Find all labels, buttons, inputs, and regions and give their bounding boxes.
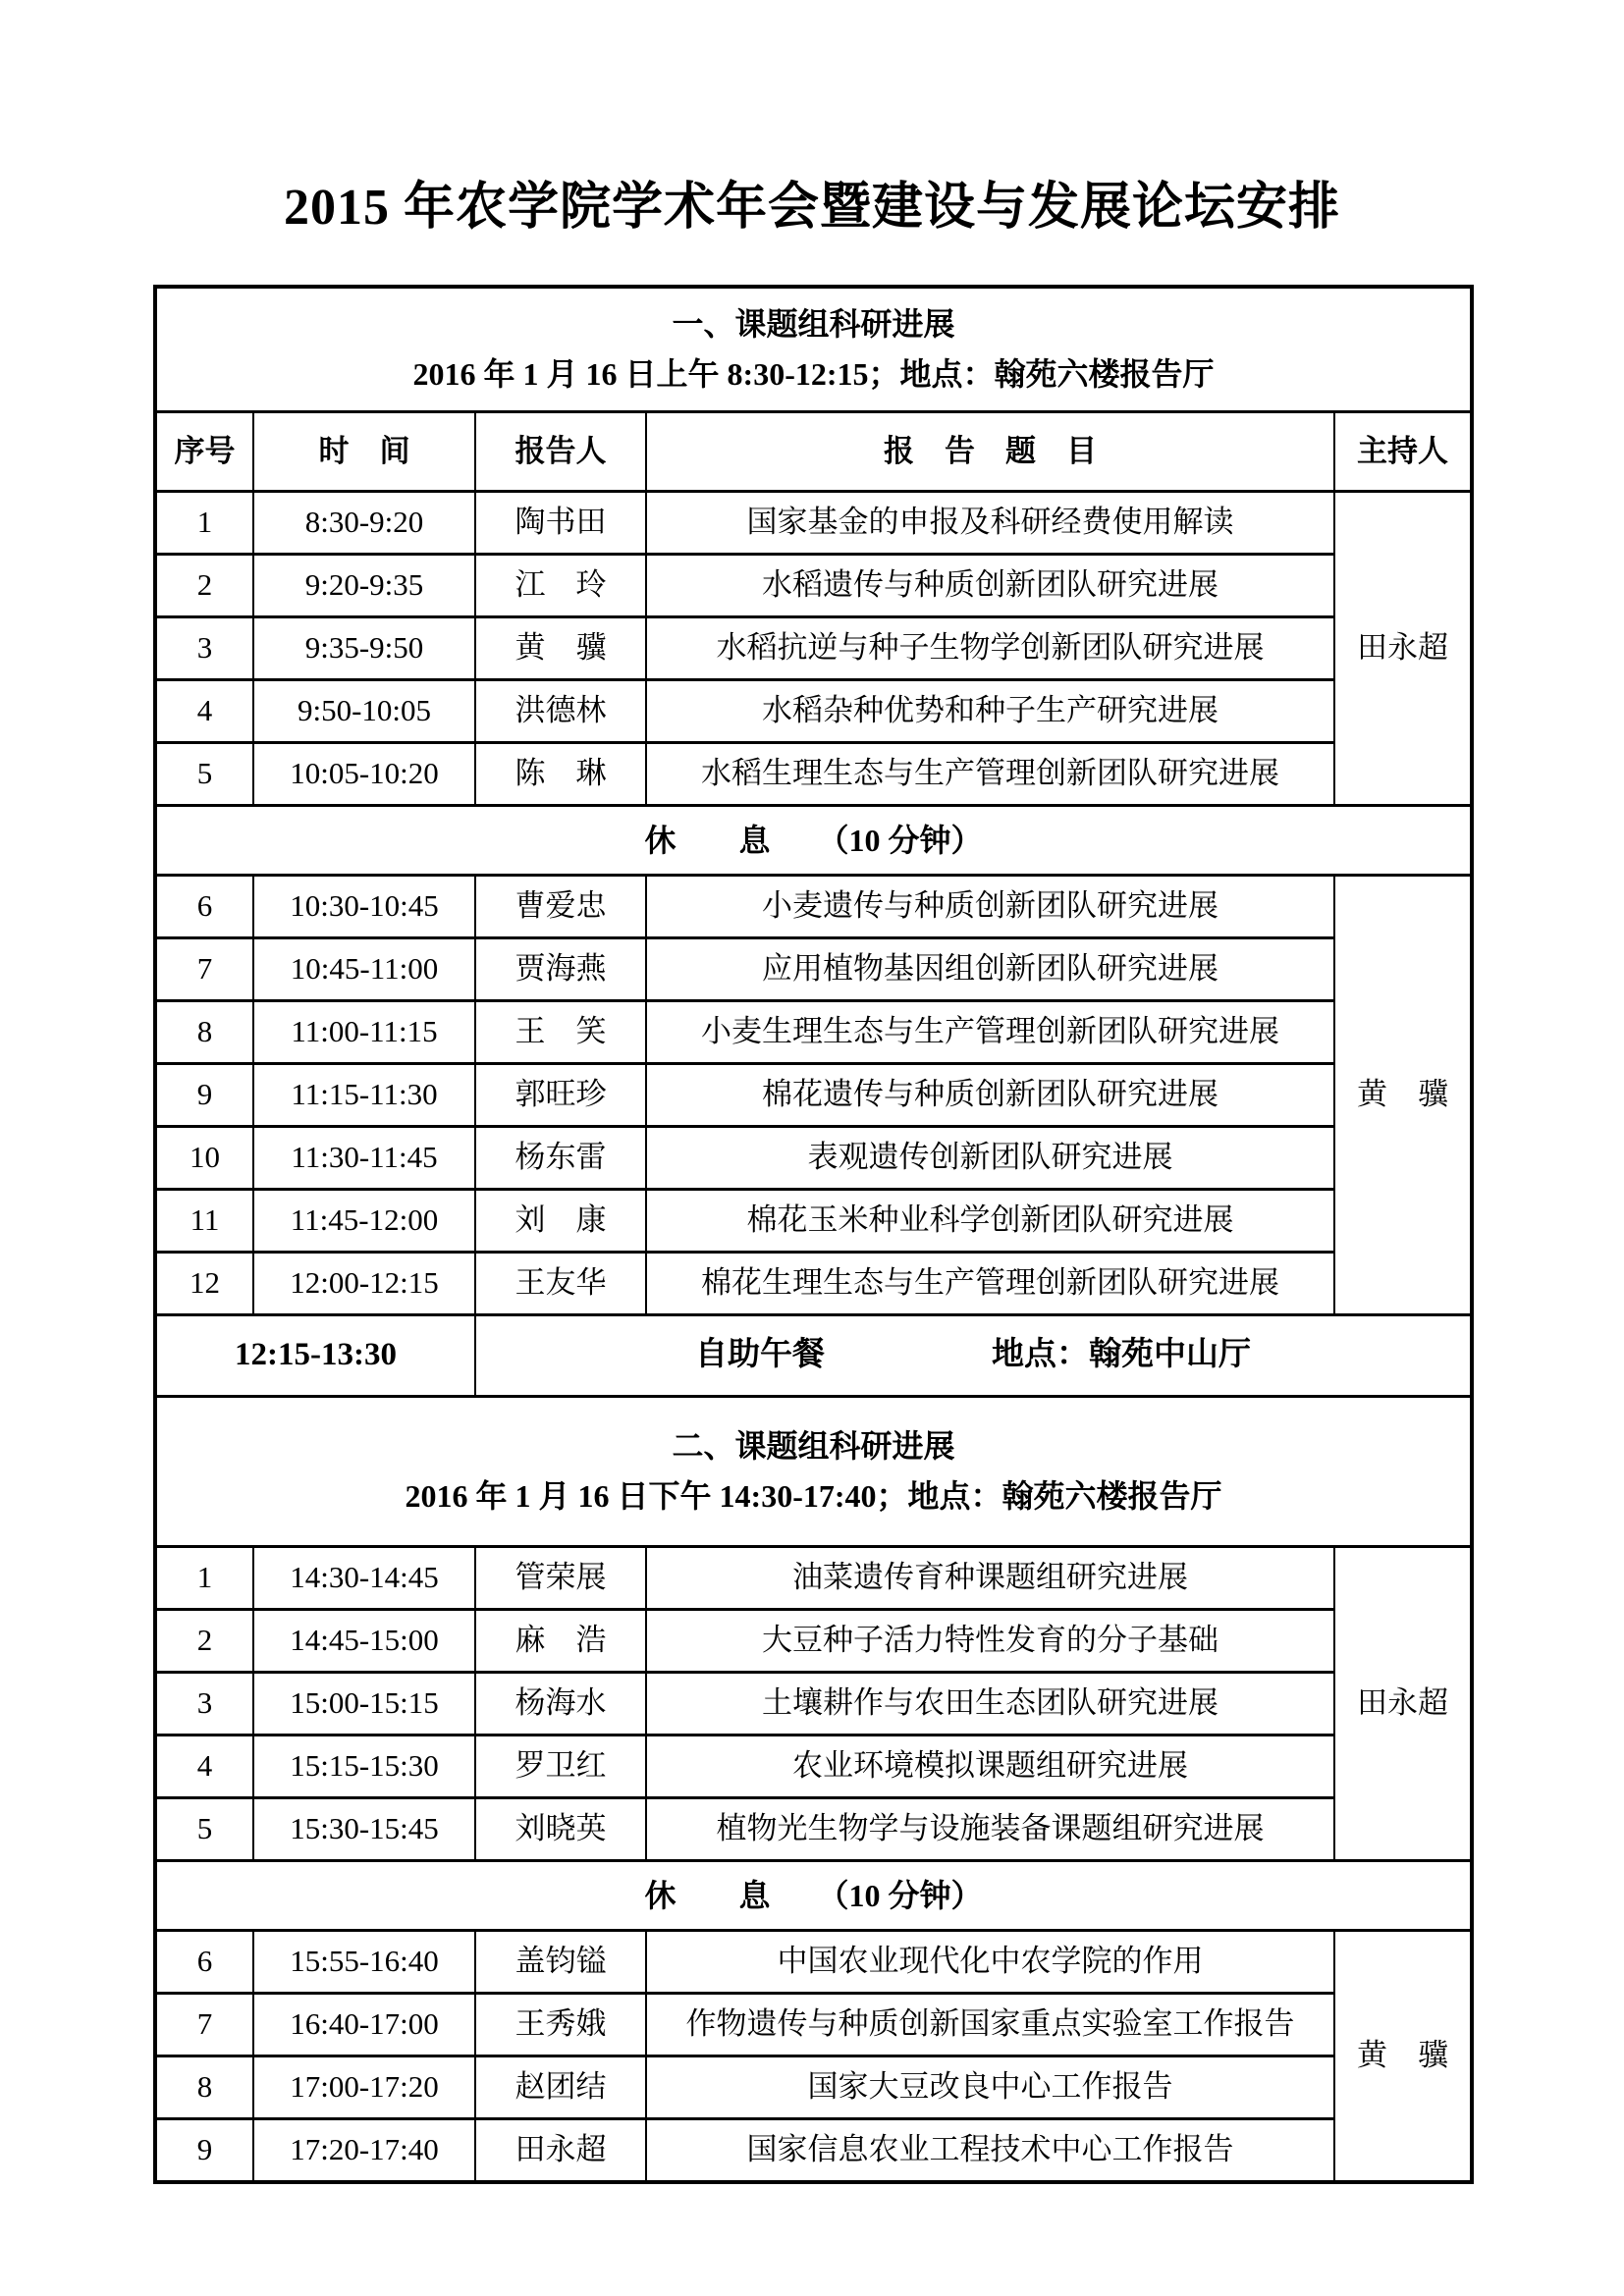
section-2-heading: 二、课题组科研进展 (157, 1421, 1470, 1471)
row-no-cell: 6 (155, 876, 253, 938)
row-speaker-cell: 江 玲 (475, 555, 646, 617)
row-time-cell: 10:30-10:45 (253, 876, 475, 938)
schedule-row: 5 15:30-15:45 刘晓英 植物光生物学与设施装备课题组研究进展 (155, 1798, 1472, 1861)
row-no-cell: 2 (155, 555, 253, 617)
row-time-cell: 15:55-16:40 (253, 1931, 475, 1994)
col-header-moderator: 主持人 (1334, 412, 1472, 492)
schedule-row: 4 15:15-15:30 罗卫红 农业环境模拟课题组研究进展 (155, 1735, 1472, 1798)
lunch-info: 自助午餐 地点：翰苑中山厅 (476, 1335, 1470, 1375)
row-no-cell: 1 (155, 492, 253, 555)
row-time-cell: 9:20-9:35 (253, 555, 475, 617)
col-header-time: 时 间 (253, 412, 475, 492)
row-no-cell: 8 (155, 2056, 253, 2119)
schedule-row: 10 11:30-11:45 杨东雷 表观遗传创新团队研究进展 (155, 1127, 1472, 1190)
row-title-cell: 表观遗传创新团队研究进展 (646, 1127, 1334, 1190)
row-speaker-cell: 刘晓英 (475, 1798, 646, 1861)
schedule-row: 4 9:50-10:05 洪德林 水稻杂种优势和种子生产研究进展 (155, 680, 1472, 743)
row-speaker-cell: 洪德林 (475, 680, 646, 743)
row-title-cell: 水稻遗传与种质创新团队研究进展 (646, 555, 1334, 617)
row-title-cell: 小麦生理生态与生产管理创新团队研究进展 (646, 1001, 1334, 1064)
row-speaker-cell: 陶书田 (475, 492, 646, 555)
section-1-heading: 一、课题组科研进展 (157, 299, 1470, 349)
row-speaker-cell: 杨东雷 (475, 1127, 646, 1190)
row-time-cell: 9:50-10:05 (253, 680, 475, 743)
section-2-header-row: 二、课题组科研进展 2016 年 1 月 16 日下午 14:30-17:40；… (155, 1397, 1472, 1547)
row-time-cell: 11:00-11:15 (253, 1001, 475, 1064)
row-time-cell: 11:45-12:00 (253, 1190, 475, 1253)
row-no-cell: 7 (155, 1994, 253, 2056)
section-1-header-cell: 一、课题组科研进展 2016 年 1 月 16 日上午 8:30-12:15；地… (155, 287, 1472, 412)
row-time-cell: 12:00-12:15 (253, 1253, 475, 1315)
schedule-row: 3 15:00-15:15 杨海水 土壤耕作与农田生态团队研究进展 (155, 1673, 1472, 1735)
schedule-row: 8 11:00-11:15 王 笑 小麦生理生态与生产管理创新团队研究进展 (155, 1001, 1472, 1064)
row-speaker-cell: 刘 康 (475, 1190, 646, 1253)
row-time-cell: 9:35-9:50 (253, 617, 475, 680)
lunch-label: 自助午餐 (695, 1335, 825, 1375)
row-no-cell: 5 (155, 1798, 253, 1861)
row-title-cell: 农业环境模拟课题组研究进展 (646, 1735, 1334, 1798)
row-speaker-cell: 黄 骥 (475, 617, 646, 680)
row-speaker-cell: 管荣展 (475, 1547, 646, 1610)
schedule-row: 2 14:45-15:00 麻 浩 大豆种子活力特性发育的分子基础 (155, 1610, 1472, 1673)
col-header-speaker: 报告人 (475, 412, 646, 492)
row-title-cell: 国家信息农业工程技术中心工作报告 (646, 2119, 1334, 2183)
schedule-row: 1 8:30-9:20 陶书田 国家基金的申报及科研经费使用解读 田永超 (155, 492, 1472, 555)
moderator-cell: 黄 骥 (1334, 876, 1472, 1315)
schedule-table: 一、课题组科研进展 2016 年 1 月 16 日上午 8:30-12:15；地… (153, 285, 1474, 2184)
row-title-cell: 中国农业现代化中农学院的作用 (646, 1931, 1334, 1994)
section-2-subheading: 2016 年 1 月 16 日下午 14:30-17:40；地点：翰苑六楼报告厅 (157, 1471, 1470, 1522)
lunch-time-cell: 12:15-13:30 (155, 1315, 475, 1397)
row-speaker-cell: 王秀娥 (475, 1994, 646, 2056)
row-time-cell: 15:30-15:45 (253, 1798, 475, 1861)
row-no-cell: 5 (155, 743, 253, 806)
page-title: 2015 年农学院学术年会暨建设与发展论坛安排 (0, 165, 1624, 239)
schedule-row: 8 17:00-17:20 赵团结 国家大豆改良中心工作报告 (155, 2056, 1472, 2119)
row-speaker-cell: 贾海燕 (475, 938, 646, 1001)
row-speaker-cell: 曹爱忠 (475, 876, 646, 938)
row-title-cell: 水稻生理生态与生产管理创新团队研究进展 (646, 743, 1334, 806)
row-title-cell: 棉花遗传与种质创新团队研究进展 (646, 1064, 1334, 1127)
col-header-title: 报 告 题 目 (646, 412, 1334, 492)
row-speaker-cell: 田永超 (475, 2119, 646, 2183)
row-time-cell: 15:00-15:15 (253, 1673, 475, 1735)
row-speaker-cell: 麻 浩 (475, 1610, 646, 1673)
schedule-row: 2 9:20-9:35 江 玲 水稻遗传与种质创新团队研究进展 (155, 555, 1472, 617)
row-time-cell: 17:00-17:20 (253, 2056, 475, 2119)
row-no-cell: 4 (155, 1735, 253, 1798)
column-header-row: 序号 时 间 报告人 报 告 题 目 主持人 (155, 412, 1472, 492)
row-speaker-cell: 杨海水 (475, 1673, 646, 1735)
row-time-cell: 8:30-9:20 (253, 492, 475, 555)
row-title-cell: 国家基金的申报及科研经费使用解读 (646, 492, 1334, 555)
schedule-row: 6 15:55-16:40 盖钧镒 中国农业现代化中农学院的作用 黄 骥 (155, 1931, 1472, 1994)
row-no-cell: 3 (155, 617, 253, 680)
moderator-cell: 黄 骥 (1334, 1931, 1472, 2183)
row-no-cell: 10 (155, 1127, 253, 1190)
lunch-location: 地点：翰苑中山厅 (992, 1335, 1251, 1375)
row-speaker-cell: 陈 琳 (475, 743, 646, 806)
row-speaker-cell: 王友华 (475, 1253, 646, 1315)
document-page: 2015 年农学院学术年会暨建设与发展论坛安排 一、课题组科研进展 2016 年… (0, 0, 1624, 2296)
lunch-row: 12:15-13:30 自助午餐 地点：翰苑中山厅 (155, 1315, 1472, 1397)
schedule-row: 12 12:00-12:15 王友华 棉花生理生态与生产管理创新团队研究进展 (155, 1253, 1472, 1315)
row-title-cell: 作物遗传与种质创新国家重点实验室工作报告 (646, 1994, 1334, 2056)
row-title-cell: 国家大豆改良中心工作报告 (646, 2056, 1334, 2119)
row-speaker-cell: 郭旺珍 (475, 1064, 646, 1127)
row-no-cell: 1 (155, 1547, 253, 1610)
schedule-row: 7 16:40-17:00 王秀娥 作物遗传与种质创新国家重点实验室工作报告 (155, 1994, 1472, 2056)
schedule-row: 6 10:30-10:45 曹爱忠 小麦遗传与种质创新团队研究进展 黄 骥 (155, 876, 1472, 938)
schedule-row: 9 17:20-17:40 田永超 国家信息农业工程技术中心工作报告 (155, 2119, 1472, 2183)
section-2-header-cell: 二、课题组科研进展 2016 年 1 月 16 日下午 14:30-17:40；… (155, 1397, 1472, 1547)
row-time-cell: 15:15-15:30 (253, 1735, 475, 1798)
row-time-cell: 17:20-17:40 (253, 2119, 475, 2183)
row-title-cell: 油菜遗传育种课题组研究进展 (646, 1547, 1334, 1610)
row-time-cell: 14:30-14:45 (253, 1547, 475, 1610)
row-time-cell: 16:40-17:00 (253, 1994, 475, 2056)
schedule-row: 5 10:05-10:20 陈 琳 水稻生理生态与生产管理创新团队研究进展 (155, 743, 1472, 806)
row-no-cell: 11 (155, 1190, 253, 1253)
row-time-cell: 11:30-11:45 (253, 1127, 475, 1190)
row-no-cell: 3 (155, 1673, 253, 1735)
schedule-row: 7 10:45-11:00 贾海燕 应用植物基因组创新团队研究进展 (155, 938, 1472, 1001)
row-speaker-cell: 罗卫红 (475, 1735, 646, 1798)
row-no-cell: 4 (155, 680, 253, 743)
break-row: 休 息 （10 分钟） (155, 806, 1472, 876)
row-title-cell: 棉花生理生态与生产管理创新团队研究进展 (646, 1253, 1334, 1315)
row-no-cell: 9 (155, 1064, 253, 1127)
row-title-cell: 土壤耕作与农田生态团队研究进展 (646, 1673, 1334, 1735)
moderator-cell: 田永超 (1334, 492, 1472, 806)
row-title-cell: 小麦遗传与种质创新团队研究进展 (646, 876, 1334, 938)
section-1-subheading: 2016 年 1 月 16 日上午 8:30-12:15；地点：翰苑六楼报告厅 (157, 349, 1470, 400)
row-time-cell: 14:45-15:00 (253, 1610, 475, 1673)
row-time-cell: 10:45-11:00 (253, 938, 475, 1001)
row-no-cell: 7 (155, 938, 253, 1001)
row-speaker-cell: 王 笑 (475, 1001, 646, 1064)
row-title-cell: 应用植物基因组创新团队研究进展 (646, 938, 1334, 1001)
row-no-cell: 8 (155, 1001, 253, 1064)
row-speaker-cell: 赵团结 (475, 2056, 646, 2119)
row-title-cell: 水稻杂种优势和种子生产研究进展 (646, 680, 1334, 743)
row-no-cell: 12 (155, 1253, 253, 1315)
schedule-row: 1 14:30-14:45 管荣展 油菜遗传育种课题组研究进展 田永超 (155, 1547, 1472, 1610)
schedule-row: 3 9:35-9:50 黄 骥 水稻抗逆与种子生物学创新团队研究进展 (155, 617, 1472, 680)
row-no-cell: 9 (155, 2119, 253, 2183)
break-cell: 休 息 （10 分钟） (155, 806, 1472, 876)
break-cell: 休 息 （10 分钟） (155, 1861, 1472, 1931)
row-time-cell: 11:15-11:30 (253, 1064, 475, 1127)
schedule-row: 11 11:45-12:00 刘 康 棉花玉米种业科学创新团队研究进展 (155, 1190, 1472, 1253)
row-title-cell: 棉花玉米种业科学创新团队研究进展 (646, 1190, 1334, 1253)
section-1-header-row: 一、课题组科研进展 2016 年 1 月 16 日上午 8:30-12:15；地… (155, 287, 1472, 412)
row-title-cell: 水稻抗逆与种子生物学创新团队研究进展 (646, 617, 1334, 680)
row-time-cell: 10:05-10:20 (253, 743, 475, 806)
row-title-cell: 植物光生物学与设施装备课题组研究进展 (646, 1798, 1334, 1861)
row-speaker-cell: 盖钧镒 (475, 1931, 646, 1994)
row-title-cell: 大豆种子活力特性发育的分子基础 (646, 1610, 1334, 1673)
moderator-cell: 田永超 (1334, 1547, 1472, 1861)
break-row: 休 息 （10 分钟） (155, 1861, 1472, 1931)
schedule-row: 9 11:15-11:30 郭旺珍 棉花遗传与种质创新团队研究进展 (155, 1064, 1472, 1127)
col-header-no: 序号 (155, 412, 253, 492)
row-no-cell: 2 (155, 1610, 253, 1673)
lunch-info-cell: 自助午餐 地点：翰苑中山厅 (475, 1315, 1472, 1397)
row-no-cell: 6 (155, 1931, 253, 1994)
